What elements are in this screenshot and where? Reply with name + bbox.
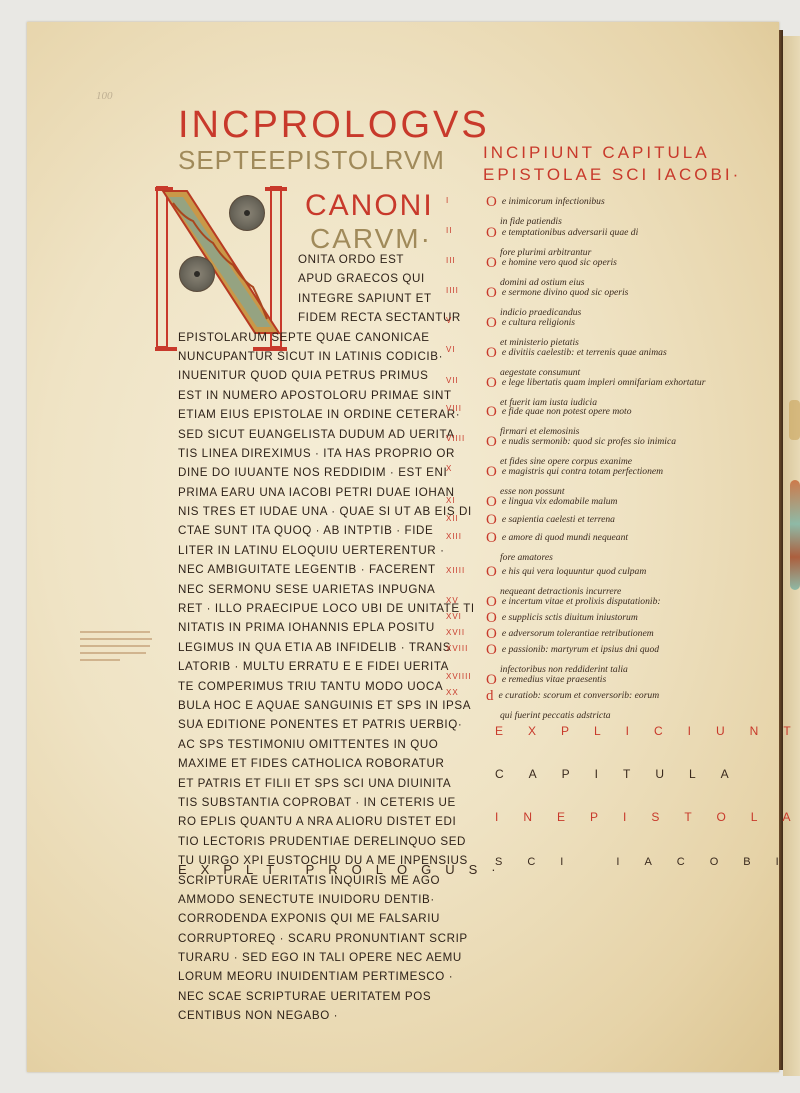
- chapter-numeral: XIII: [446, 532, 462, 541]
- rubric-o-icon: O: [486, 285, 497, 301]
- prologue-line: INUENITUR QUOD QUIA PETRUS PRIMUS: [178, 366, 473, 385]
- capitulum-text: e fide quae non potest opere moto: [502, 406, 632, 417]
- prologue-line: NEC SERMONU SESE UARIETAS INPUGNA: [178, 580, 473, 599]
- facing-page-ornament: [790, 480, 800, 590]
- chapter-numeral: VI: [446, 345, 456, 354]
- capitulum-item: Oe remedius vitae praesentis: [486, 672, 606, 689]
- capitulum-item: Oe divitiis caelestib: et terrenis quae …: [486, 345, 667, 378]
- chapter-numeral: VII: [446, 376, 459, 385]
- prologue-line: FIDEM RECTA SECTANTUR: [178, 308, 473, 327]
- chapter-numeral: II: [446, 226, 452, 235]
- rubric-o-icon: O: [486, 494, 497, 510]
- capitula-explicit-line2: CAPITULA: [495, 767, 754, 781]
- chapter-numeral: XVII: [446, 628, 465, 637]
- prologue-line: MAXIME ET FIDES CATHOLICA ROBORATUR: [178, 754, 473, 773]
- prologue-line: PRIMA EARU UNA IACOBI PETRI DUAE IOHAN: [178, 483, 473, 502]
- capitulum-item: Oe amore di quod mundi nequeantfore amat…: [486, 530, 628, 563]
- rubric-o-icon: O: [486, 434, 497, 450]
- rubric-o-icon: O: [486, 464, 497, 480]
- capitulum-item: Oe incertum vitae et prolixis disputatio…: [486, 594, 661, 611]
- capitulum-text-cont: qui fuerint peccatis adstricta: [486, 710, 659, 721]
- capitulum-item: Oe fide quae non potest opere motofirmar…: [486, 404, 632, 437]
- rubric-o-icon: O: [486, 530, 497, 546]
- rubric-o-icon: O: [486, 375, 497, 391]
- prologue-line: LITER IN LATINU ELOQUIU UERTERENTUR ·: [178, 541, 473, 560]
- prologue-line: ETIAM EIUS EPISTOLAE IN ORDINE CETERAR·: [178, 405, 473, 424]
- chapter-numeral: X: [446, 464, 452, 473]
- prologue-line: EST IN NUMERO APOSTOLORU PRIMAE SINT: [178, 386, 473, 405]
- rubric-d-icon: d: [486, 688, 494, 704]
- rubric-o-icon: O: [486, 345, 497, 361]
- capitulum-text-cont: fore amatores: [486, 552, 628, 563]
- prologue-line: CORRUPTOREQ · SCARU PRONUNTIANT SCRIP: [178, 929, 473, 948]
- prologue-line: APUD GRAECOS QUI: [178, 269, 473, 288]
- prologue-line: AC SPS TESTIMONIU OMITTENTES IN QUO: [178, 735, 473, 754]
- capitulum-item: Oe homine vero quod sic operisdomini ad …: [486, 255, 617, 288]
- heading-canoni: CANONI: [305, 191, 434, 221]
- capitulum-item: Oe supplicis sctis diuitum iniustorum: [486, 610, 638, 627]
- prologue-line: EPISTOLARUM SEPTE QUAE CANONICAE: [178, 328, 473, 347]
- prologue-line: LEGIMUS IN QUA ETIA AB INFIDELIB · TRANS: [178, 638, 473, 657]
- rosette-ornament-icon: [229, 195, 265, 231]
- prologue-line: SUA EDITIONE PONENTES ET PATRIS UERBIQ·: [178, 715, 473, 734]
- capitulum-item: Oe adversorum tolerantiae retributionem: [486, 626, 654, 643]
- capitulum-item: Oe cultura religioniset ministerio pieta…: [486, 315, 579, 348]
- capitulum-text: e curatiob: scorum et conversorib: eorum: [499, 690, 660, 701]
- prologue-line: TIS LINEA DIREXIMUS · ITA HAS PROPRIO OR: [178, 444, 473, 463]
- capitulum-text: e amore di quod mundi nequeant: [502, 532, 628, 543]
- chapter-numeral: I: [446, 196, 449, 205]
- prologue-line: LORUM MEORU INUIDENTIAM PERTIMESCO ·: [178, 967, 473, 986]
- prologue-line: NITATIS IN PRIMA IOHANNIS EPLA POSITU: [178, 618, 473, 637]
- capitulum-item: Oe temptationibus adversarii quae difore…: [486, 225, 638, 258]
- capitulum-text: e cultura religionis: [502, 317, 575, 328]
- rubric-o-icon: O: [486, 404, 497, 420]
- chapter-numeral: VIII: [446, 404, 462, 413]
- capitulum-text: e magistris qui contra totam perfectione…: [502, 466, 663, 477]
- capitula-explicit-line4: SCI IACOBI··: [495, 856, 800, 868]
- prologue-line: BULA HOC E AQUAE SANGUINIS ET SPS IN IPS…: [178, 696, 473, 715]
- chapter-numeral: V: [446, 316, 452, 325]
- heading-septem-epistolarum: SEPTEEPISTOLRVM: [178, 147, 445, 173]
- rubric-o-icon: O: [486, 642, 497, 658]
- rubric-o-icon: O: [486, 564, 497, 580]
- rubric-o-icon: O: [486, 512, 497, 528]
- rubric-o-icon: O: [486, 626, 497, 642]
- rubric-o-icon: O: [486, 225, 497, 241]
- capitulum-text: e supplicis sctis diuitum iniustorum: [502, 612, 638, 623]
- chapter-numeral: XVI: [446, 612, 462, 621]
- capitulum-item: Oe magistris qui contra totam perfection…: [486, 464, 663, 497]
- rubric-o-icon: O: [486, 194, 497, 210]
- rubric-o-icon: O: [486, 672, 497, 688]
- chapter-numeral: XII: [446, 514, 459, 523]
- capitulum-text: e remedius vitae praesentis: [502, 674, 606, 685]
- heading-carum: CARVM·: [310, 225, 432, 253]
- prologue-text: ONITA ORDO EST APUD GRAECOS QUI INTEGRE …: [178, 250, 473, 1026]
- page-marking: 100: [96, 90, 113, 102]
- capitulum-item: Oe sermone divino quod sic operisindicio…: [486, 285, 628, 318]
- prologue-line: ET PATRIS ET FILII ET SPS SCI UNA DIUINI…: [178, 774, 473, 793]
- chapter-numeral: XV: [446, 596, 459, 605]
- prologue-line: TE COMPERIMUS TRIU TANTU MODO UOCA: [178, 677, 473, 696]
- capitulum-item: Oe nudis sermonib: quod sic profes sio i…: [486, 434, 676, 467]
- capitulum-text: e sapientia caelesti et terrena: [502, 514, 615, 525]
- prologue-line: SED SICUT EUANGELISTA DUDUM AD UERITA: [178, 425, 473, 444]
- capitulum-text: e sermone divino quod sic operis: [502, 287, 629, 298]
- rubric-o-icon: O: [486, 255, 497, 271]
- chapter-numeral: XVIIII: [446, 672, 472, 681]
- capitulum-item: Oe his qui vera loquuntur quod culpamneq…: [486, 564, 646, 597]
- prologue-line: DINE DO IUUANTE NOS REDDIDIM · EST ENI: [178, 463, 473, 482]
- capitulum-text: e passionib: martyrum et ipsius dni quod: [502, 644, 659, 655]
- capitulum-text: e temptationibus adversarii quae di: [502, 227, 638, 238]
- prologue-line: RO EPLIS QUANTU A NRA ALIORU DISTET EDI: [178, 812, 473, 831]
- prologue-line: TIO LECTORIS PRUDENTIAE DERELINQUO SED: [178, 832, 473, 851]
- prologue-line: RET · ILLO PRAECIPUE LOCO UBI DE UNITATE…: [178, 599, 473, 618]
- chapter-numeral: XVIII: [446, 644, 468, 653]
- prologue-line: TIS SUBSTANTIA COPROBAT · IN CETERIS UE: [178, 793, 473, 812]
- rubric-o-icon: O: [486, 315, 497, 331]
- capitula-heading-line: INCIPIUNT CAPITULA: [483, 142, 741, 164]
- chapter-numeral: XI: [446, 496, 456, 505]
- capitulum-text: e adversorum tolerantiae retributionem: [502, 628, 654, 639]
- capitulum-text: e lege libertatis quam impleri omnifaria…: [502, 377, 706, 388]
- capitula-explicit-line1: EXPLICIUNT: [495, 724, 800, 738]
- prologue-line: CORRODENDA EXPONIS QUI ME FALSARIU: [178, 909, 473, 928]
- capitulum-text: e his qui vera loquuntur quod culpam: [502, 566, 646, 577]
- chapter-numeral: IIII: [446, 286, 459, 295]
- prologue-line: LATORIB · MULTU ERRATU E E FIDEI UERITA: [178, 657, 473, 676]
- capitulum-item: de curatiob: scorum et conversorib: eoru…: [486, 688, 659, 721]
- capitulum-text: e incertum vitae et prolixis disputation…: [502, 596, 661, 607]
- chapter-numeral: XX: [446, 688, 459, 697]
- prologue-explicit: EXPLT PROLOGUS·: [178, 862, 510, 877]
- capitulum-text: e divitiis caelestib: et terrenis quae a…: [502, 347, 667, 358]
- rubric-o-icon: O: [486, 594, 497, 610]
- prologue-line: NEC AMBIGUITATE LEGENTIB · FACERENT: [178, 560, 473, 579]
- chapter-numeral: VIIII: [446, 434, 465, 443]
- facing-page-ornament-top: [789, 400, 800, 440]
- prologue-line: NUNCUPANTUR SICUT IN LATINIS CODICIB·: [178, 347, 473, 366]
- capitula-explicit-line3: INEPISTOLA: [495, 810, 800, 824]
- marginal-annotation: [78, 628, 158, 667]
- capitulum-text: e lingua vix edomabile malum: [502, 496, 618, 507]
- capitula-heading: INCIPIUNT CAPITULA EPISTOLAE SCI IACOBI·: [483, 142, 741, 186]
- prologue-line: NIS TRES ET IUDAE UNA · QUAE SI UT AB EI…: [178, 502, 473, 521]
- prologue-line: ONITA ORDO EST: [178, 250, 473, 269]
- capitulum-text: e inimicorum infectionibus: [502, 196, 605, 207]
- capitulum-item: Oe lingua vix edomabile malum: [486, 494, 617, 511]
- capitulum-item: Oe sapientia caelesti et terrena: [486, 512, 615, 529]
- capitula-heading-line: EPISTOLAE SCI IACOBI·: [483, 164, 741, 186]
- capitulum-item: Oe inimicorum infectionibusin fide patie…: [486, 194, 605, 227]
- prologue-line: TURARU · SED EGO IN TALI OPERE NEC AEMU: [178, 948, 473, 967]
- prologue-line: NEC SCAE SCRIPTURAE UERITATEM POS: [178, 987, 473, 1006]
- prologue-line: CENTIBUS NON NEGABO ·: [178, 1006, 473, 1025]
- prologue-line: CTAE SUNT ITA QUOQ · AB INTPTIB · FIDE: [178, 521, 473, 540]
- prologue-line: INTEGRE SAPIUNT ET: [178, 289, 473, 308]
- rubric-o-icon: O: [486, 610, 497, 626]
- chapter-numeral: XIIII: [446, 566, 465, 575]
- capitulum-text: e homine vero quod sic operis: [502, 257, 617, 268]
- capitulum-text: e nudis sermonib: quod sic profes sio in…: [502, 436, 676, 447]
- prologue-line: AMMODO SENECTUTE INUIDORU DENTIB·: [178, 890, 473, 909]
- capitulum-item: Oe passionib: martyrum et ipsius dni quo…: [486, 642, 659, 675]
- chapter-numeral: III: [446, 256, 456, 265]
- marginal-scribble-icon: [78, 628, 156, 664]
- heading-incipit-prologus: INCPROLOGVS: [178, 106, 490, 144]
